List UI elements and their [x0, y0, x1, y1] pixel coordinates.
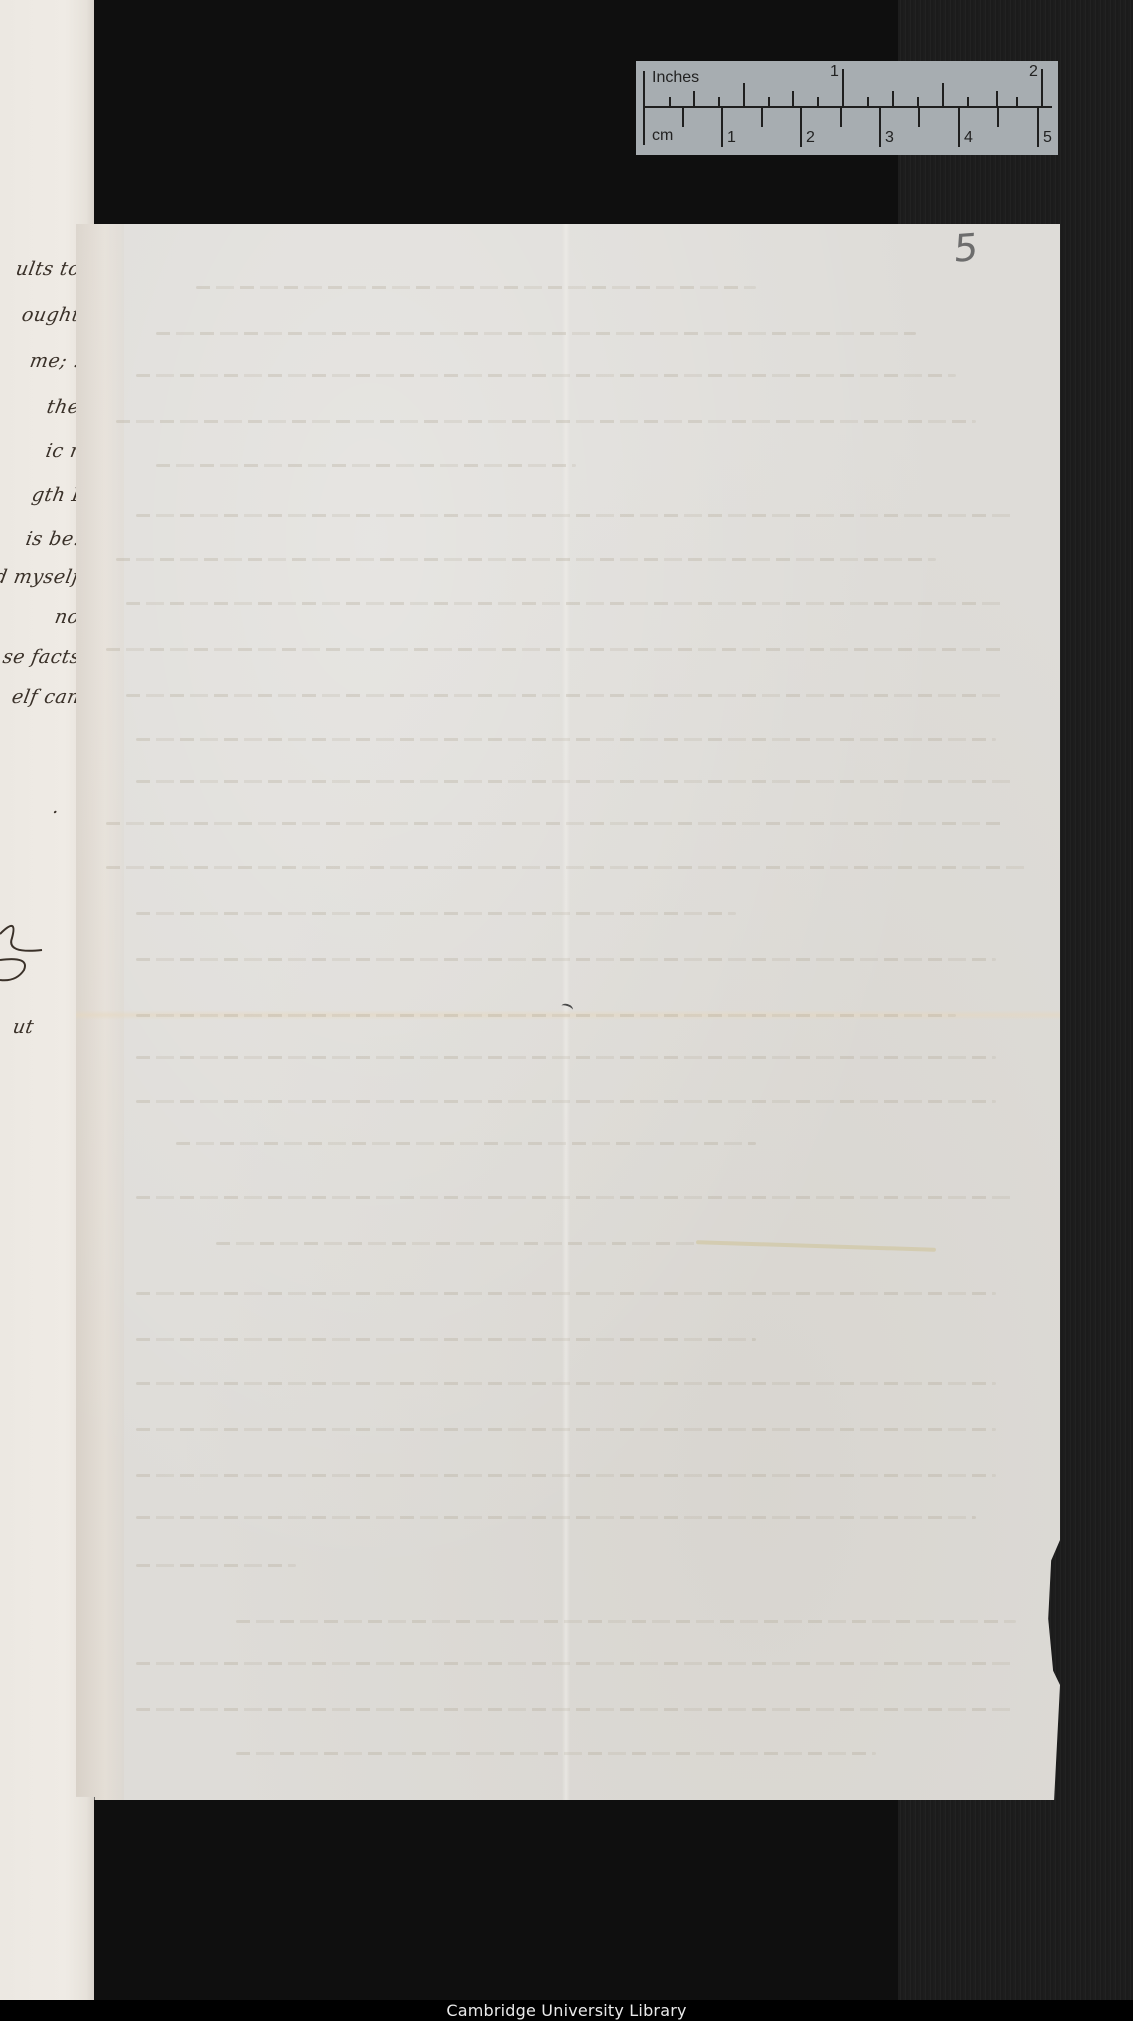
ruler-cm-label: cm: [652, 127, 673, 145]
show-through-line: [136, 514, 1016, 517]
show-through-line: [136, 738, 996, 741]
ruler-cm-tick-label: 2: [806, 129, 815, 147]
show-through-line: [136, 780, 1016, 783]
folio-number: 5: [952, 225, 979, 271]
show-through-line: [136, 374, 956, 377]
ruler-inch-tick-label: 2: [1029, 63, 1038, 81]
handwriting-line: se facts: [1, 646, 82, 668]
show-through-line: [136, 1196, 1016, 1199]
show-through-line: [116, 558, 936, 561]
signature-flourish-icon: [0, 920, 60, 990]
ruler-inches-label: Inches: [652, 69, 699, 87]
show-through-line: [136, 1292, 996, 1295]
show-through-line: [196, 286, 756, 289]
show-through-line: [116, 420, 976, 423]
footer-credit: Cambridge University Library: [446, 2001, 686, 2020]
show-through-line: [136, 1056, 996, 1059]
show-through-line: [136, 1382, 996, 1385]
show-through-line: [136, 1662, 1016, 1665]
show-through-line: [126, 694, 1006, 697]
ruler-inch-tick-label: 1: [830, 63, 839, 81]
show-through-line: [136, 1474, 996, 1477]
show-through-line: [136, 1564, 296, 1567]
ruler-cm-tick-label: 4: [964, 129, 973, 147]
show-through-line: [136, 912, 736, 915]
show-through-line: [236, 1620, 1016, 1623]
handwriting-line: ults to: [14, 258, 82, 280]
show-through-line: [156, 464, 576, 467]
show-through-line: [106, 866, 1026, 869]
show-through-line: [126, 602, 1006, 605]
ruler-ticks-icon: [636, 61, 1058, 155]
handwriting-line: nd myself: [0, 566, 82, 588]
handwriting-line: .: [52, 796, 62, 818]
handwriting-line: gth I: [30, 484, 82, 506]
handwriting-line: elf can: [10, 686, 82, 708]
show-through-line: [136, 1100, 996, 1103]
show-through-line: [136, 1428, 996, 1431]
show-through-line: [136, 1338, 756, 1341]
show-through-line: [176, 1142, 756, 1145]
ruler-cm-tick-label: 1: [727, 129, 736, 147]
show-through-line: [136, 1014, 956, 1017]
show-through-line: [216, 1242, 696, 1245]
show-through-line: [156, 332, 916, 335]
scale-bar: Inches 1 2 cm 1 2 3 4 5: [636, 61, 1058, 155]
footer-bar: Cambridge University Library: [0, 2000, 1133, 2021]
handwriting-line: ought: [20, 304, 82, 326]
manuscript-page: 5: [76, 224, 1060, 1800]
handwriting-line: is be.: [24, 528, 82, 550]
ruler-cm-tick-label: 3: [885, 129, 894, 147]
show-through-line: [136, 958, 996, 961]
handwriting-line: me; .: [28, 350, 82, 372]
handwriting-line: ut: [11, 1016, 36, 1038]
show-through-line: [136, 1516, 976, 1519]
show-through-line: [106, 648, 1006, 651]
show-through-line: [136, 1708, 1016, 1711]
show-through-line: [236, 1752, 876, 1755]
show-through-line: [106, 822, 1006, 825]
ruler-cm-tick-label: 5: [1043, 129, 1052, 147]
